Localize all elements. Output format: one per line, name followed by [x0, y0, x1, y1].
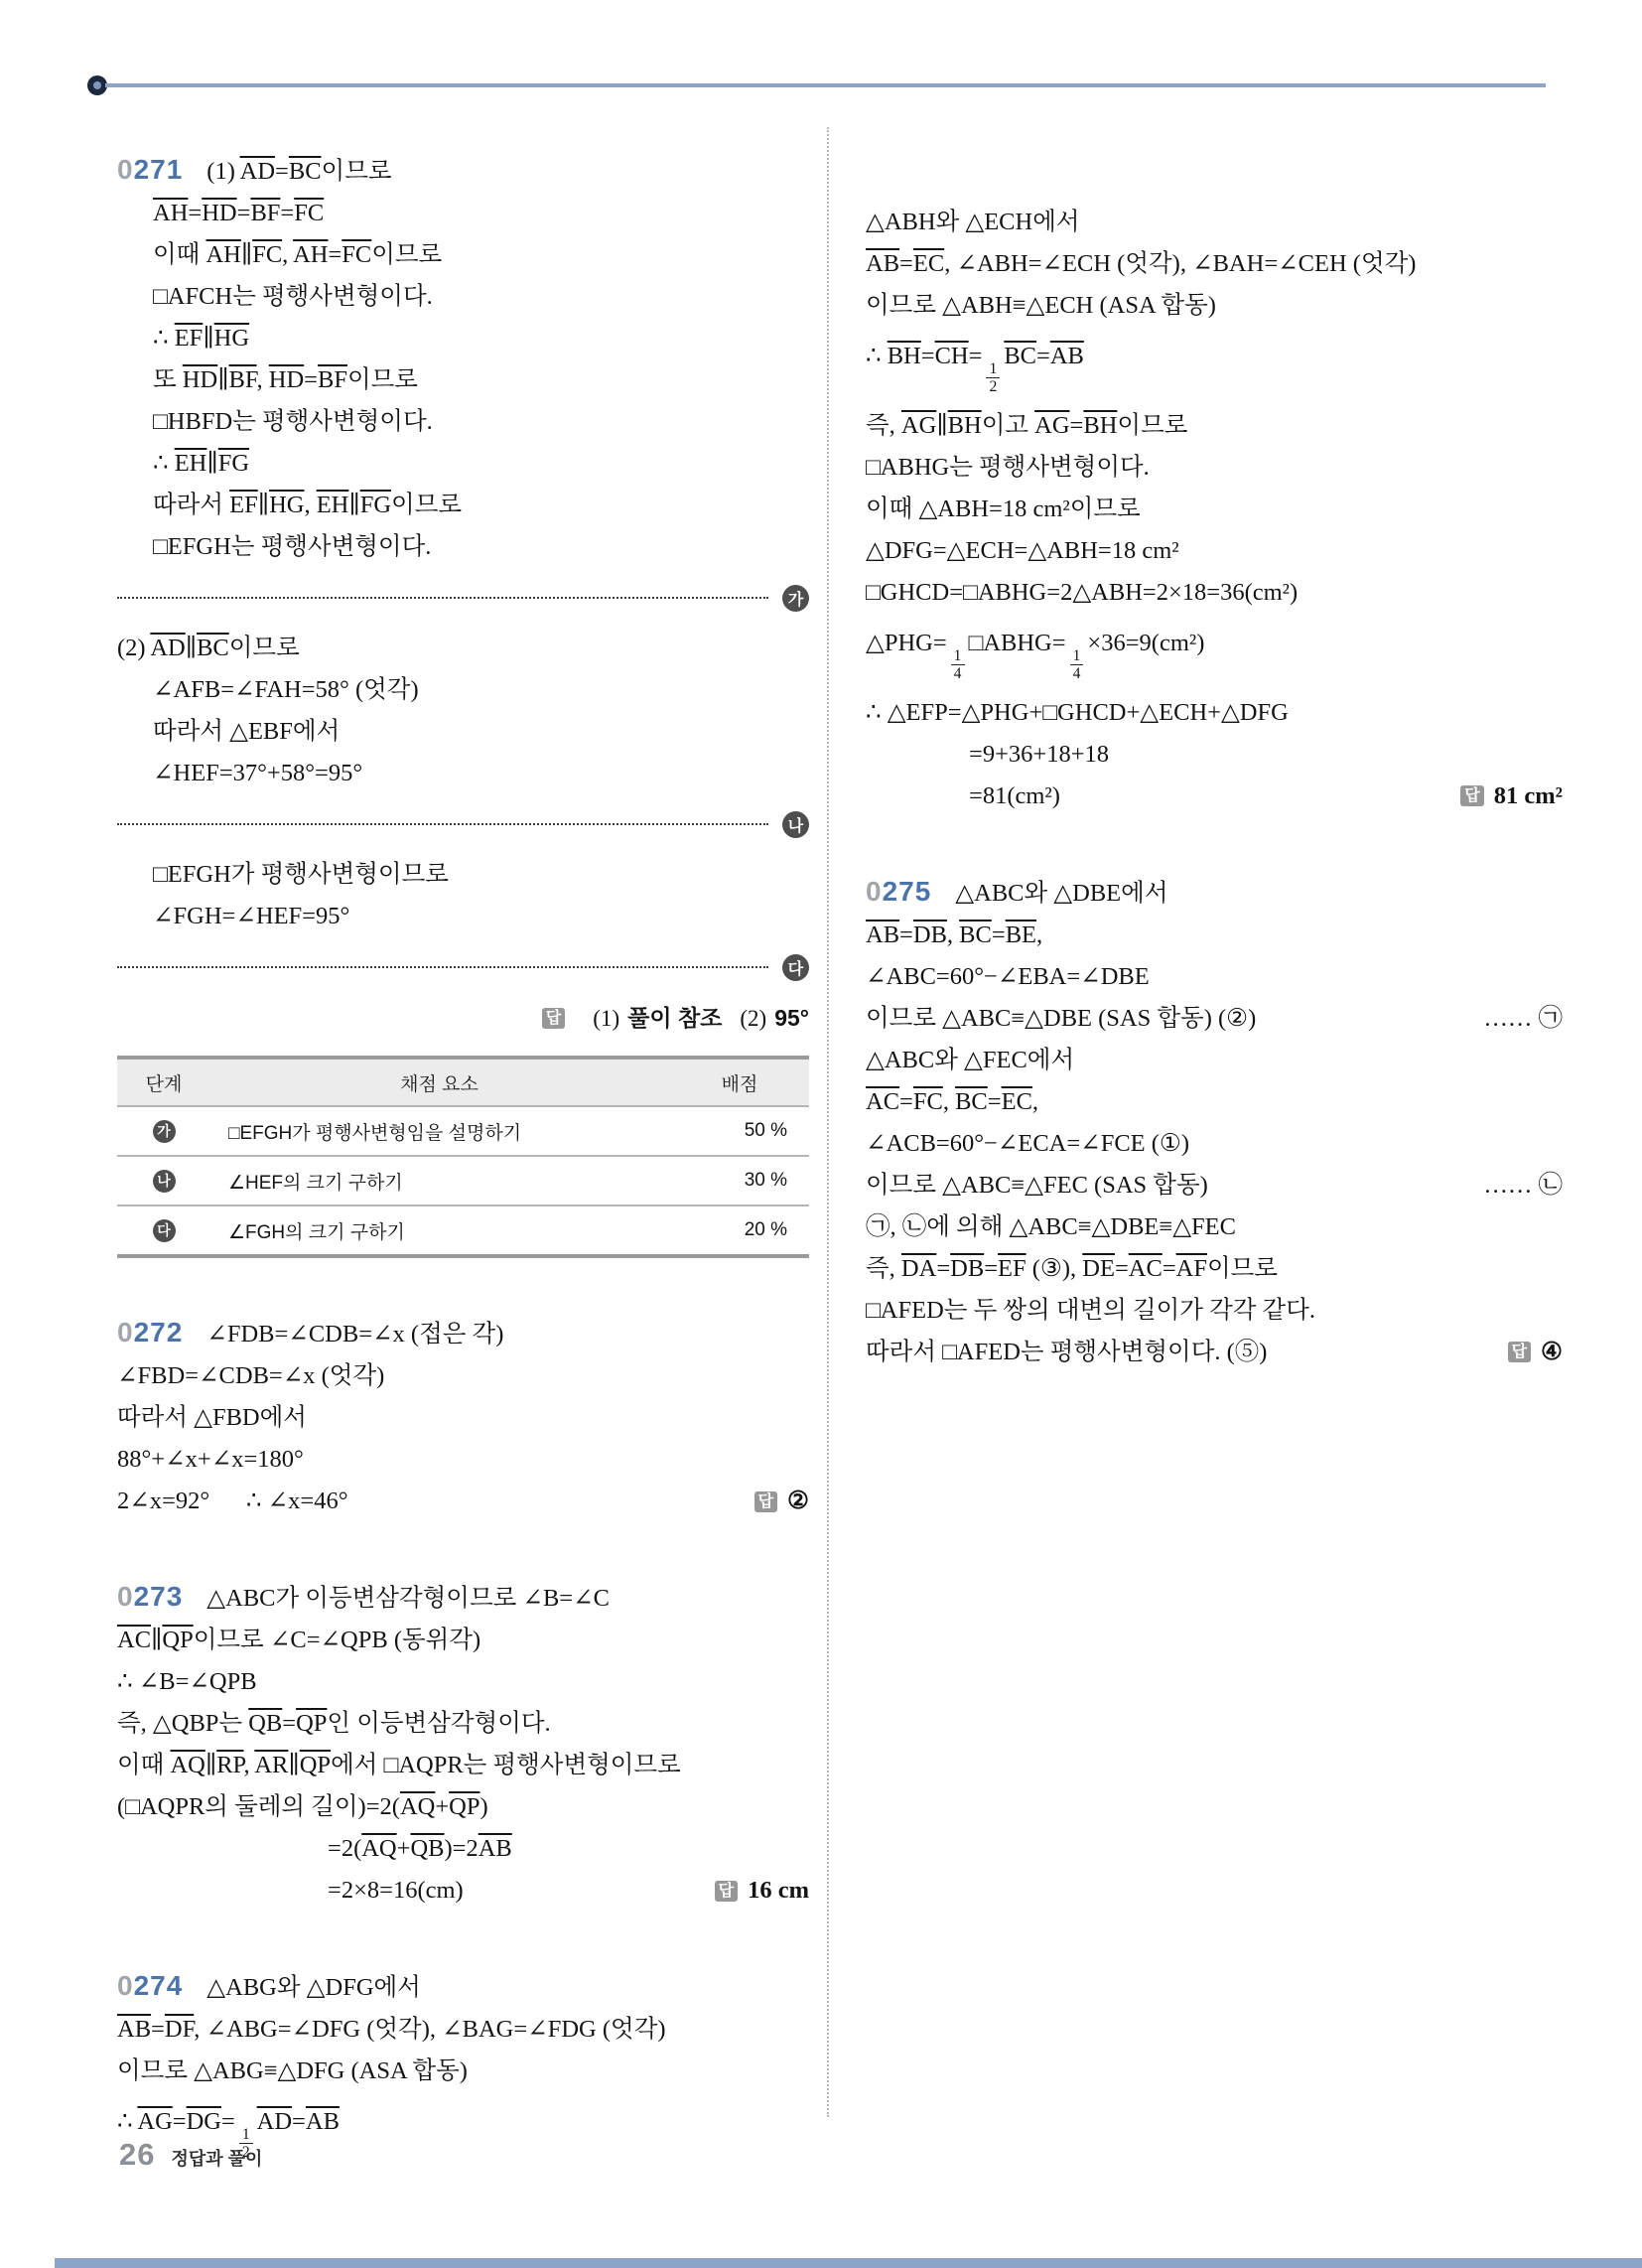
- answer-icon: 답: [1508, 1342, 1531, 1362]
- segment-overline: BF: [250, 200, 280, 226]
- answer-line: 답(1)풀이 참조(2)95°: [117, 997, 809, 1040]
- problem-0272: 0272∠FDB=∠CDB=∠x (접은 각): [117, 1312, 809, 1355]
- header-bullet-icon: [87, 75, 107, 95]
- solution-line: =2(AQ+QB)=2AB: [117, 1828, 809, 1870]
- criteria-cell: ∠HEF의 크기 구하기: [210, 1156, 669, 1205]
- solution-text: □AFCH는 평행사변형이다.: [153, 276, 433, 318]
- answer-value: ④: [1541, 1332, 1563, 1373]
- segment-overline: BF: [318, 366, 347, 393]
- footer-rule: [55, 2258, 1642, 2268]
- table-row: 나∠HEF의 크기 구하기30 %: [117, 1156, 809, 1205]
- segment-overline: HD: [269, 366, 304, 393]
- problem-0273: 0273△ABC가 이등변삼각형이므로 ∠B=∠C: [117, 1576, 809, 1620]
- problem-number: 0273: [117, 1576, 183, 1618]
- answer-icon: 답: [715, 1881, 738, 1902]
- solution-text: □EFGH가 평행사변형이므로: [153, 854, 449, 896]
- solution-line: 이때 AH∥FC, AH=FC이므로: [117, 234, 809, 276]
- segment-overline: CH: [935, 343, 969, 369]
- solution-text: ∴ △EFP=△PHG+□GHCD+△ECH+△DFG: [866, 692, 1289, 734]
- solution-text: =81(cm²): [969, 776, 1060, 817]
- solution-line: 즉, DA=DB=EF (③), DE=AC=AF이므로: [866, 1248, 1563, 1290]
- solution-line: □HBFD는 평행사변형이다.: [117, 401, 809, 443]
- fraction: 14: [1070, 647, 1084, 683]
- solution-text: □AFED는 두 쌍의 대변의 길이가 각각 같다.: [866, 1290, 1315, 1332]
- solution-text: 이때 △ABH=18 cm²이므로: [866, 489, 1141, 530]
- segment-overline: DF: [165, 2016, 194, 2043]
- solution-line: ∠HEF=37°+58°=95°: [117, 753, 809, 794]
- step-badge: 가: [782, 585, 809, 612]
- segment-overline: QP: [162, 1627, 193, 1653]
- solution-line: □AFCH는 평행사변형이다.: [117, 276, 809, 318]
- segment-overline: FC: [294, 200, 324, 226]
- segment-overline: BH: [948, 412, 982, 439]
- solution-text: 이때 AQ∥RP, AR∥QP에서 □AQPR는 평행사변형이므로: [117, 1745, 681, 1786]
- segment-overline: BC: [1004, 343, 1036, 369]
- table-header: 배점: [669, 1058, 809, 1106]
- table-row: 다∠FGH의 크기 구하기20 %: [117, 1205, 809, 1256]
- fraction: 12: [986, 360, 1000, 396]
- segment-overline: EH: [175, 450, 207, 477]
- solution-text: ∴ EF∥HG: [153, 318, 249, 359]
- solution-line: ∴ EH∥FG: [117, 443, 809, 485]
- solution-text: AH=HD=BF=FC: [153, 193, 324, 234]
- solution-text: △ABC와 △FEC에서: [866, 1040, 1074, 1081]
- solution-line: □EFGH는 평행사변형이다.: [117, 526, 809, 568]
- solution-text: AB=EC, ∠ABH=∠ECH (엇각), ∠BAH=∠CEH (엇각): [866, 243, 1416, 285]
- solution-line: 따라서 △FBD에서: [117, 1397, 809, 1439]
- segment-overline: BF: [229, 366, 257, 393]
- segment-overline: HD: [202, 200, 236, 226]
- solution-text: 즉, △QBP는 QB=QP인 이등변삼각형이다.: [117, 1703, 551, 1745]
- segment-overline: EC: [913, 250, 944, 277]
- solution-text: 이므로 △ABC≡△FEC (SAS 합동): [866, 1165, 1208, 1206]
- solution-text: □HBFD는 평행사변형이다.: [153, 401, 433, 443]
- solution-line: 이므로 △ABG≡△DFG (ASA 합동): [117, 2051, 809, 2092]
- solution-line: ∠AFB=∠FAH=58° (엇각): [117, 669, 809, 711]
- segment-overline: BE: [1006, 921, 1036, 948]
- answer-part-value: 95°: [774, 997, 809, 1039]
- segment-overline: FC: [252, 241, 282, 268]
- solution-text: 이므로 △ABH≡△ECH (ASA 합동): [866, 285, 1216, 327]
- segment-overline: AB: [866, 921, 899, 948]
- segment-overline: QP: [449, 1793, 479, 1820]
- solution-text: △ABC와 △DBE에서: [955, 873, 1167, 915]
- segment-overline: AH: [205, 241, 240, 268]
- segment-overline: HG: [269, 492, 304, 518]
- segment-overline: AQ: [361, 1835, 396, 1862]
- solution-line: ∠ABC=60°−∠EBA=∠DBE: [866, 956, 1563, 998]
- solution-text: ∠FGH=∠HEF=95°: [153, 896, 349, 937]
- problem-number: 0275: [866, 871, 931, 913]
- step-badge: 다: [153, 1219, 176, 1242]
- solution-text: (1) AD=BC이므로: [206, 151, 391, 193]
- solution-line: AB=DB, BC=BE,: [866, 915, 1563, 956]
- solution-line: =81(cm²)답81 cm²: [866, 776, 1563, 817]
- section-divider: 가: [117, 574, 809, 622]
- solution-line: ∴ EF∥HG: [117, 318, 809, 359]
- solution-text: ∴ BH=CH=12BC=AB: [866, 336, 1084, 396]
- segment-overline: AH: [293, 241, 328, 268]
- right-column: △ABH와 △ECH에서AB=EC, ∠ABH=∠ECH (엇각), ∠BAH=…: [866, 202, 1563, 1373]
- problem-0271: 0271(1) AD=BC이므로: [117, 149, 809, 193]
- solution-line: ∴ △EFP=△PHG+□GHCD+△ECH+△DFG: [866, 692, 1563, 734]
- solution-text: =2×8=16(cm): [328, 1870, 464, 1912]
- answer-part-value: 풀이 참조: [627, 997, 722, 1039]
- solution-line: 2∠x=92° ∴ ∠x=46°답②: [117, 1481, 809, 1522]
- solution-text: 즉, AG∥BH이고 AG=BH이므로: [866, 405, 1187, 447]
- step-badge: 나: [153, 1170, 176, 1193]
- segment-overline: BC: [955, 1088, 988, 1115]
- score-cell: 30 %: [669, 1156, 809, 1205]
- segment-overline: FC: [342, 241, 371, 268]
- table-row: 가□EFGH가 평행사변형임을 설명하기50 %: [117, 1106, 809, 1156]
- solution-line: 즉, △QBP는 QB=QP인 이등변삼각형이다.: [117, 1703, 809, 1745]
- segment-overline: AQ: [400, 1793, 435, 1820]
- solution-text: AC=FC, BC=EC,: [866, 1081, 1038, 1123]
- score-cell: 20 %: [669, 1205, 809, 1256]
- solution-line: ∴ BH=CH=12BC=AB: [866, 327, 1563, 405]
- segment-overline: EC: [1002, 1088, 1032, 1115]
- solution-text: △ABG와 △DFG에서: [206, 1967, 421, 2009]
- solution-line: 즉, AG∥BH이고 AG=BH이므로: [866, 405, 1563, 447]
- segment-overline: HD: [183, 366, 217, 393]
- solution-line: △PHG=14□ABHG=14×36=9(cm²): [866, 614, 1563, 692]
- solution-line: AC=FC, BC=EC,: [866, 1081, 1563, 1123]
- solution-text: △DFG=△ECH=△ABH=18 cm²: [866, 530, 1179, 572]
- segment-overline: AB: [479, 1835, 512, 1862]
- segment-overline: AD: [240, 158, 275, 185]
- reference-mark: …… ㉠: [1483, 998, 1563, 1040]
- segment-overline: AC: [1129, 1255, 1163, 1282]
- solution-text: 따라서 □AFED는 평행사변형이다. (⑤): [866, 1332, 1267, 1373]
- segment-overline: BH: [1083, 412, 1117, 439]
- criteria-cell: □EFGH가 평행사변형임을 설명하기: [210, 1106, 669, 1156]
- solution-text: AB=DB, BC=BE,: [866, 915, 1042, 956]
- segment-overline: AR: [254, 1752, 288, 1778]
- segment-overline: DB: [950, 1255, 984, 1282]
- solution-line: 이므로 △ABC≡△FEC (SAS 합동)…… ㉡: [866, 1165, 1563, 1206]
- solution-line: 88°+∠x+∠x=180°: [117, 1439, 809, 1481]
- segment-overline: AG: [1034, 412, 1069, 439]
- answer-icon: 답: [754, 1491, 777, 1512]
- table-header: 채점 요소: [210, 1058, 669, 1106]
- page-number: 26: [119, 2137, 155, 2173]
- solution-text: △ABH와 △ECH에서: [866, 202, 1080, 243]
- segment-overline: AC: [866, 1088, 899, 1115]
- problem-number: 0272: [117, 1312, 183, 1353]
- solution-line: 이므로 △ABH≡△ECH (ASA 합동): [866, 285, 1563, 327]
- segment-overline: DB: [913, 921, 947, 948]
- solution-line: AB=DF, ∠ABG=∠DFG (엇각), ∠BAG=∠FDG (엇각): [117, 2009, 809, 2051]
- left-column: 0271(1) AD=BC이므로AH=HD=BF=FC이때 AH∥FC, AH=…: [117, 149, 809, 2171]
- column-divider: [827, 127, 829, 2117]
- solution-line: △ABH와 △ECH에서: [866, 202, 1563, 243]
- segment-overline: RP: [216, 1752, 243, 1778]
- solution-text: ∠AFB=∠FAH=58° (엇각): [153, 669, 419, 711]
- solution-line: =2×8=16(cm)답16 cm: [117, 1870, 809, 1912]
- solution-text: =9+36+18+18: [969, 734, 1109, 776]
- solution-text: ∠ABC=60°−∠EBA=∠DBE: [866, 956, 1150, 998]
- solution-text: 즉, DA=DB=EF (③), DE=AC=AF이므로: [866, 1248, 1278, 1290]
- answer-part-label: (1): [593, 998, 619, 1040]
- solution-text: 88°+∠x+∠x=180°: [117, 1439, 304, 1481]
- answer-value: 81 cm²: [1494, 776, 1563, 817]
- solution-text: ∠ACB=60°−∠ECA=∠FCE (①): [866, 1123, 1189, 1165]
- segment-overline: AB: [1050, 343, 1084, 369]
- problem-0274: 0274△ABG와 △DFG에서: [117, 1965, 809, 2009]
- segment-overline: AG: [901, 412, 936, 439]
- solution-line: △ABC와 △FEC에서: [866, 1040, 1563, 1081]
- solution-text: 따라서 EF∥HG, EH∥FG이므로: [153, 485, 462, 526]
- segment-overline: QP: [296, 1710, 327, 1737]
- header-rule: [105, 83, 1546, 87]
- solution-text: =2(AQ+QB)=2AB: [328, 1828, 512, 1870]
- step-badge: 나: [782, 811, 809, 838]
- solution-text: △PHG=14□ABHG=14×36=9(cm²): [866, 623, 1204, 683]
- segment-overline: AF: [1176, 1255, 1207, 1282]
- segment-overline: AB: [306, 2108, 340, 2135]
- solution-text: 이므로 △ABC≡△DBE (SAS 합동) (②): [866, 998, 1256, 1040]
- solution-text: ㉠, ㉡에 의해 △ABC≡△DBE≡△FEC: [866, 1206, 1236, 1248]
- segment-overline: DE: [1082, 1255, 1115, 1282]
- criteria-cell: ∠FGH의 크기 구하기: [210, 1205, 669, 1256]
- segment-overline: AC: [117, 1627, 151, 1653]
- segment-overline: EF: [229, 492, 258, 518]
- table-header: 단계: [117, 1058, 210, 1106]
- segment-overline: AD: [257, 2108, 292, 2135]
- segment-overline: BC: [197, 635, 229, 661]
- section-divider: 나: [117, 800, 809, 848]
- solution-text: ∠HEF=37°+58°=95°: [153, 753, 362, 794]
- section-divider: 다: [117, 943, 809, 991]
- problem-number: 0274: [117, 1965, 183, 2007]
- answer: 답④: [1508, 1332, 1563, 1373]
- segment-overline: BC: [959, 921, 992, 948]
- solution-text: 이때 AH∥FC, AH=FC이므로: [153, 234, 442, 276]
- segment-overline: QB: [248, 1710, 282, 1737]
- segment-overline: BH: [888, 343, 921, 369]
- solution-line: 또 HD∥BF, HD=BF이므로: [117, 359, 809, 401]
- solution-text: △ABC가 이등변삼각형이므로 ∠B=∠C: [206, 1578, 610, 1620]
- segment-overline: QP: [300, 1752, 331, 1778]
- fraction: 14: [951, 647, 965, 683]
- segment-overline: AQ: [170, 1752, 205, 1778]
- solution-line: AH=HD=BF=FC: [117, 193, 809, 234]
- scoring-table: 단계채점 요소배점가□EFGH가 평행사변형임을 설명하기50 %나∠HEF의 …: [117, 1056, 809, 1258]
- segment-overline: AD: [150, 635, 185, 661]
- solution-line: ㉠, ㉡에 의해 △ABC≡△DBE≡△FEC: [866, 1206, 1563, 1248]
- solution-line: 이므로 △ABC≡△DBE (SAS 합동) (②)…… ㉠: [866, 998, 1563, 1040]
- segment-overline: DA: [901, 1255, 936, 1282]
- step-badge: 가: [153, 1120, 176, 1143]
- answer: 답②: [754, 1481, 809, 1522]
- segment-overline: AB: [866, 250, 899, 277]
- solution-line: □AFED는 두 쌍의 대변의 길이가 각각 같다.: [866, 1290, 1563, 1332]
- solution-text: ∴ ∠B=∠QPB: [117, 1661, 257, 1703]
- segment-overline: DG: [187, 2108, 221, 2135]
- solution-text: ∠FBD=∠CDB=∠x (엇각): [117, 1355, 384, 1397]
- solution-text: □GHCD=□ABHG=2△ABH=2×18=36(cm²): [866, 572, 1298, 614]
- segment-overline: AB: [117, 2016, 151, 2043]
- answer-icon: 답: [542, 1008, 565, 1029]
- answer-part-label: (2): [740, 998, 766, 1040]
- solution-line: 따라서 △EBF에서: [117, 711, 809, 753]
- segment-overline: BC: [289, 158, 322, 185]
- step-badge: 다: [782, 954, 809, 981]
- solution-line: □EFGH가 평행사변형이므로: [117, 854, 809, 896]
- solution-text: □ABHG는 평행사변형이다.: [866, 447, 1150, 489]
- solution-line: AC∥QP이므로 ∠C=∠QPB (동위각): [117, 1620, 809, 1661]
- page-footer: 26 정답과 풀이: [119, 2137, 262, 2173]
- segment-overline: FG: [218, 450, 249, 477]
- solution-line: ∴ ∠B=∠QPB: [117, 1661, 809, 1703]
- answer: 답81 cm²: [1460, 776, 1563, 817]
- solution-text: 또 HD∥BF, HD=BF이므로: [153, 359, 418, 401]
- solution-line: (2) AD∥BC이므로: [117, 628, 809, 669]
- dotted-rule: [117, 966, 768, 968]
- segment-overline: AH: [153, 200, 188, 226]
- answer-value: ②: [787, 1481, 809, 1522]
- reference-mark: …… ㉡: [1483, 1165, 1563, 1206]
- solution-text: 2∠x=92° ∴ ∠x=46°: [117, 1481, 348, 1522]
- segment-overline: HG: [214, 325, 249, 352]
- solution-line: AB=EC, ∠ABH=∠ECH (엇각), ∠BAH=∠CEH (엇각): [866, 243, 1563, 285]
- solution-line: □GHCD=□ABHG=2△ABH=2×18=36(cm²): [866, 572, 1563, 614]
- segment-overline: EF: [998, 1255, 1026, 1282]
- solution-text: 따라서 △FBD에서: [117, 1397, 307, 1439]
- segment-overline: AG: [137, 2108, 172, 2135]
- solution-text: 이므로 △ABG≡△DFG (ASA 합동): [117, 2051, 468, 2092]
- solution-line: 이때 △ABH=18 cm²이므로: [866, 489, 1563, 530]
- solution-line: □ABHG는 평행사변형이다.: [866, 447, 1563, 489]
- segment-overline: FC: [913, 1088, 943, 1115]
- answer-icon: 답: [1460, 785, 1483, 806]
- solution-line: =9+36+18+18: [866, 734, 1563, 776]
- solution-text: AC∥QP이므로 ∠C=∠QPB (동위각): [117, 1620, 480, 1661]
- solution-line: 따라서 EF∥HG, EH∥FG이므로: [117, 485, 809, 526]
- solution-line: ∠ACB=60°−∠ECA=∠FCE (①): [866, 1123, 1563, 1165]
- dotted-rule: [117, 823, 768, 825]
- segment-overline: EH: [317, 492, 349, 518]
- solution-text: ∠FDB=∠CDB=∠x (접은 각): [206, 1314, 503, 1355]
- solution-line: 이때 AQ∥RP, AR∥QP에서 □AQPR는 평행사변형이므로: [117, 1745, 809, 1786]
- solution-line: △DFG=△ECH=△ABH=18 cm²: [866, 530, 1563, 572]
- solution-text: 따라서 △EBF에서: [153, 711, 340, 753]
- solution-line: (□AQPR의 둘레의 길이)=2(AQ+QP): [117, 1786, 809, 1828]
- answer-value: 16 cm: [748, 1870, 809, 1912]
- solution-line: ∠FBD=∠CDB=∠x (엇각): [117, 1355, 809, 1397]
- solution-text: (□AQPR의 둘레의 길이)=2(AQ+QP): [117, 1786, 488, 1828]
- solution-text: (2) AD∥BC이므로: [117, 628, 300, 669]
- solution-text: ∴ EH∥FG: [153, 443, 249, 485]
- solution-text: □EFGH는 평행사변형이다.: [153, 526, 431, 568]
- solution-line: ∠FGH=∠HEF=95°: [117, 896, 809, 937]
- segment-overline: EF: [175, 325, 204, 352]
- solution-text: AB=DF, ∠ABG=∠DFG (엇각), ∠BAG=∠FDG (엇각): [117, 2009, 666, 2051]
- footer-label: 정답과 풀이: [171, 2145, 262, 2171]
- solution-line: 따라서 □AFED는 평행사변형이다. (⑤)답④: [866, 1332, 1563, 1373]
- problem-number: 0271: [117, 149, 183, 191]
- dotted-rule: [117, 597, 768, 599]
- segment-overline: FG: [360, 492, 391, 518]
- segment-overline: QB: [410, 1835, 444, 1862]
- problem-0275: 0275△ABC와 △DBE에서: [866, 871, 1563, 915]
- answer: 답16 cm: [715, 1870, 809, 1912]
- score-cell: 50 %: [669, 1106, 809, 1156]
